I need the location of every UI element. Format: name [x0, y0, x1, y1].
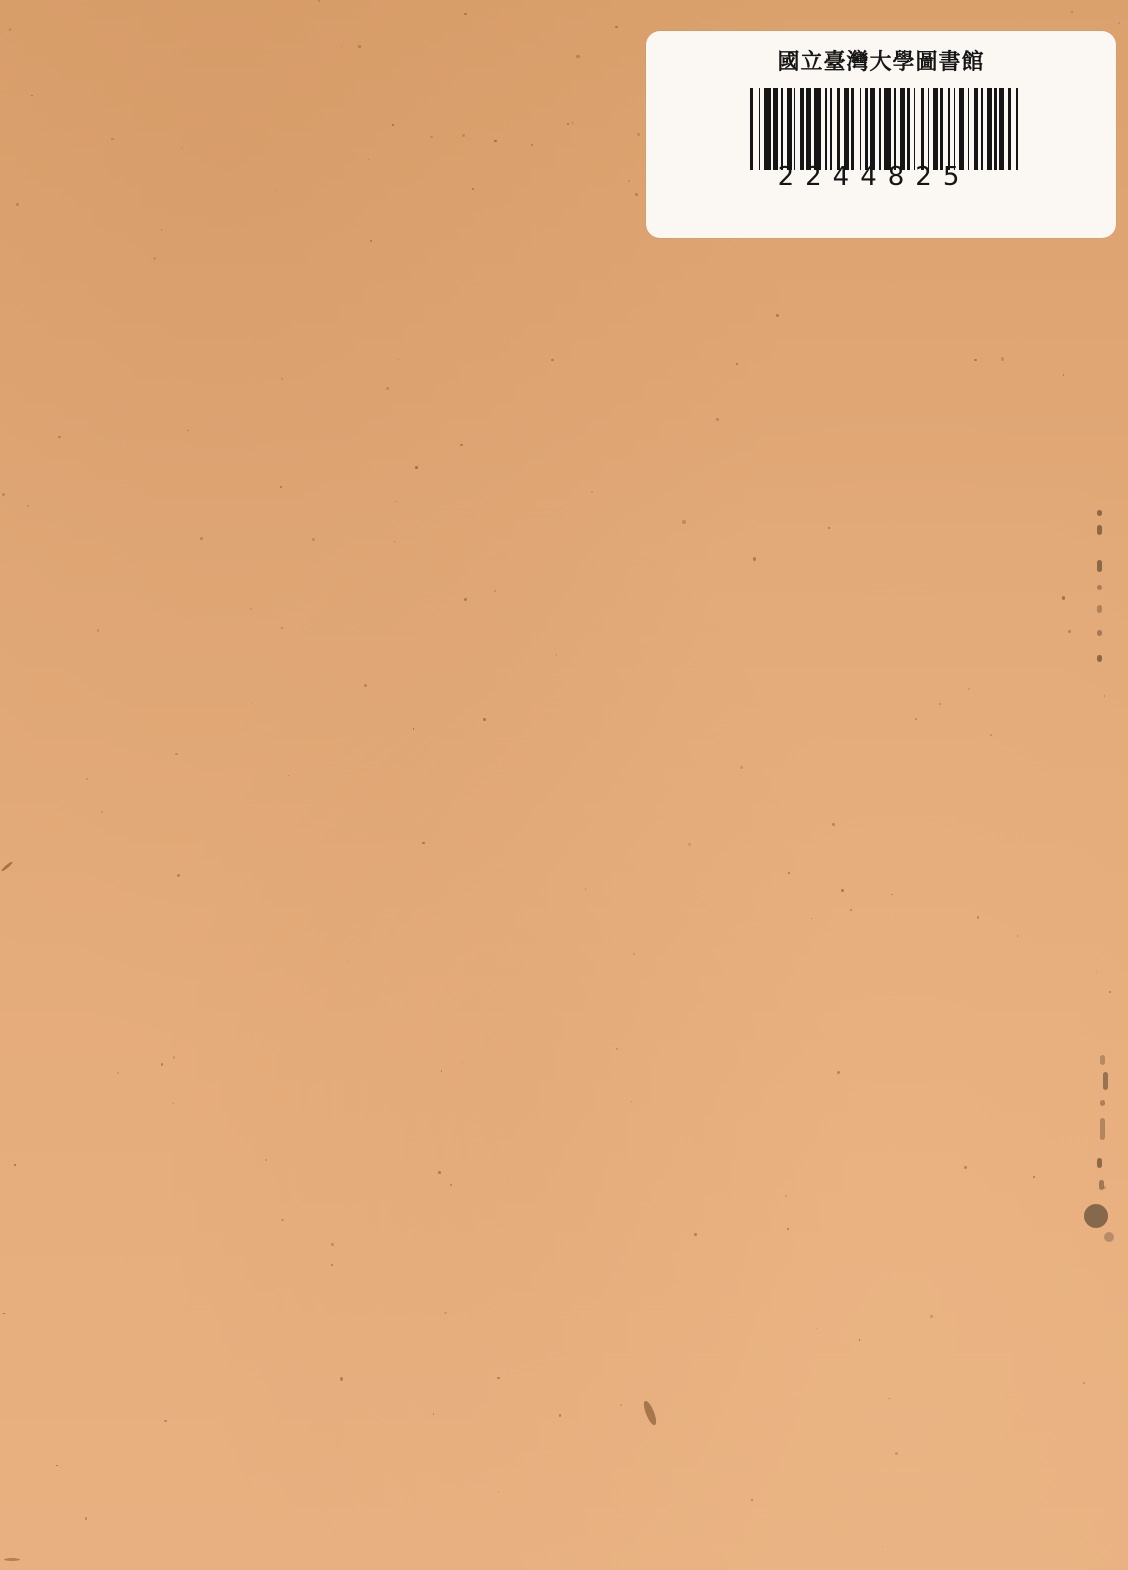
library-barcode-label: 國立臺灣大學圖書館 2244825 — [646, 31, 1116, 238]
barcode-number: 2244825 — [632, 162, 1116, 192]
paper-edge-mark — [1, 861, 14, 872]
library-name: 國立臺灣大學圖書館 — [646, 45, 1116, 76]
paper-corner-mark — [4, 1558, 20, 1561]
back-cover-page: 國立臺灣大學圖書館 2244825 — [0, 0, 1128, 1570]
barcode — [750, 88, 1022, 170]
paper-fiber-mark — [641, 1399, 658, 1426]
